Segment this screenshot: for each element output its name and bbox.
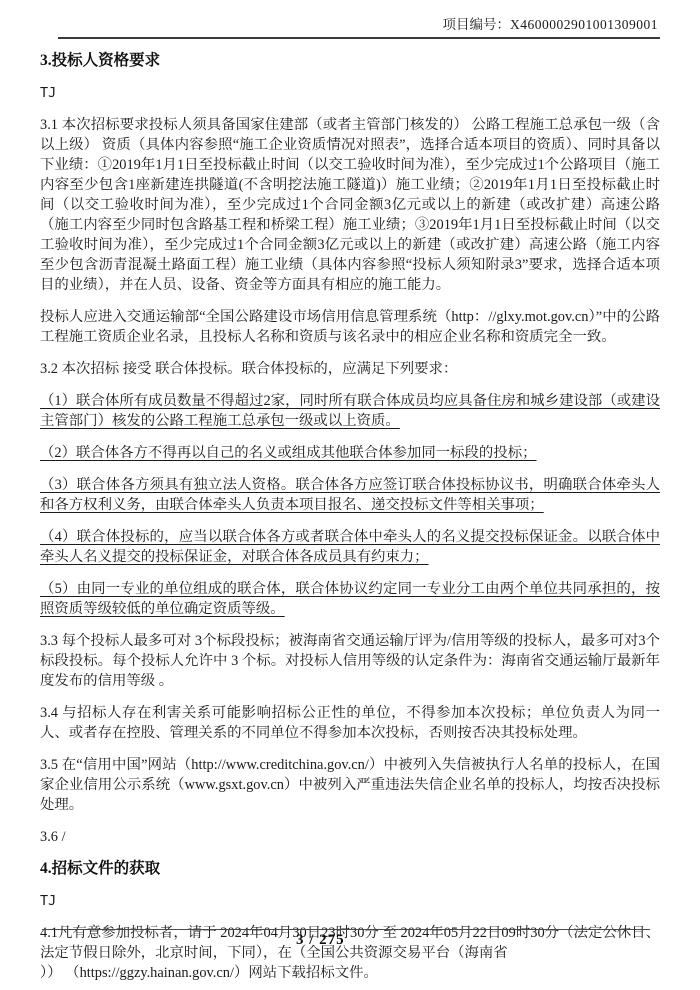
jv-requirement-5: （5）由同一专业的单位组成的联合体，联合体协议约定同一专业分工由两个单位共同承担… (40, 579, 660, 619)
header-divider (58, 37, 660, 39)
jv-requirement-2: （2）联合体各方不得再以自己的名义或组成其他联合体参加同一标段的投标； (40, 443, 660, 463)
clause-3-4: 3.4 与招标人存在利害关系可能影响招标公正性的单位，不得参加本次投标；单位负责… (40, 703, 660, 743)
page-header: 项目编号：X4600002901001309001 (40, 16, 660, 34)
document-body: 3.投标人资格要求 TJ 3.1 本次招标要求投标人须具备国家住建部（或者主管部… (40, 50, 660, 983)
clause-4-1-line2: ）） （https://ggzy.hainan.gov.cn/）网站下载招标文件… (40, 965, 378, 981)
project-number-value: X4600002901001309001 (510, 17, 658, 32)
section-4-heading: 4.招标文件的获取 (40, 858, 660, 879)
clause-3-3: 3.3 每个投标人最多可对 3个标段投标；被海南省交通运输厅评为/信用等级的投标… (40, 631, 660, 691)
footer-divider (42, 929, 650, 930)
clause-3-5: 3.5 在“信用中国”网站（http://www.creditchina.gov… (40, 755, 660, 815)
clause-credit-system: 投标人应进入交通运输部“全国公路建设市场信用信息管理系统（http：//glxy… (40, 307, 660, 347)
clause-4-1-line1: 4.1凡有意参加投标者，请于 2024年04月30日23时30分 至 2024年… (40, 925, 660, 961)
document-page: 项目编号：X4600002901001309001 3.投标人资格要求 TJ 3… (0, 0, 700, 990)
clause-4-1: 4.1凡有意参加投标者，请于 2024年04月30日23时30分 至 2024年… (40, 923, 660, 983)
jv-requirement-1: （1）联合体所有成员数量不得超过2家，同时所有联合体成员均应具备住房和城乡建设部… (40, 391, 660, 431)
page-number: 3 / 275 (296, 932, 345, 949)
tj-mark-1: TJ (40, 83, 660, 103)
section-3-heading: 3.投标人资格要求 (40, 50, 660, 71)
project-number-label: 项目编号： (443, 17, 511, 32)
tj-mark-2: TJ (40, 891, 660, 911)
clause-3-1: 3.1 本次招标要求投标人须具备国家住建部（或者主管部门核发的） 公路工程施工总… (40, 115, 660, 295)
jv-requirement-4: （4）联合体投标的，应当以联合体各方或者联合体中牵头人的名义提交投标保证金。以联… (40, 527, 660, 567)
clause-3-2: 3.2 本次招标 接受 联合体投标。联合体投标的，应满足下列要求： (40, 359, 660, 379)
jv-requirement-3: （3）联合体各方须具有独立法人资格。联合体各方应签订联合体投标协议书，明确联合体… (40, 475, 660, 515)
clause-3-6: 3.6 / (40, 827, 660, 847)
